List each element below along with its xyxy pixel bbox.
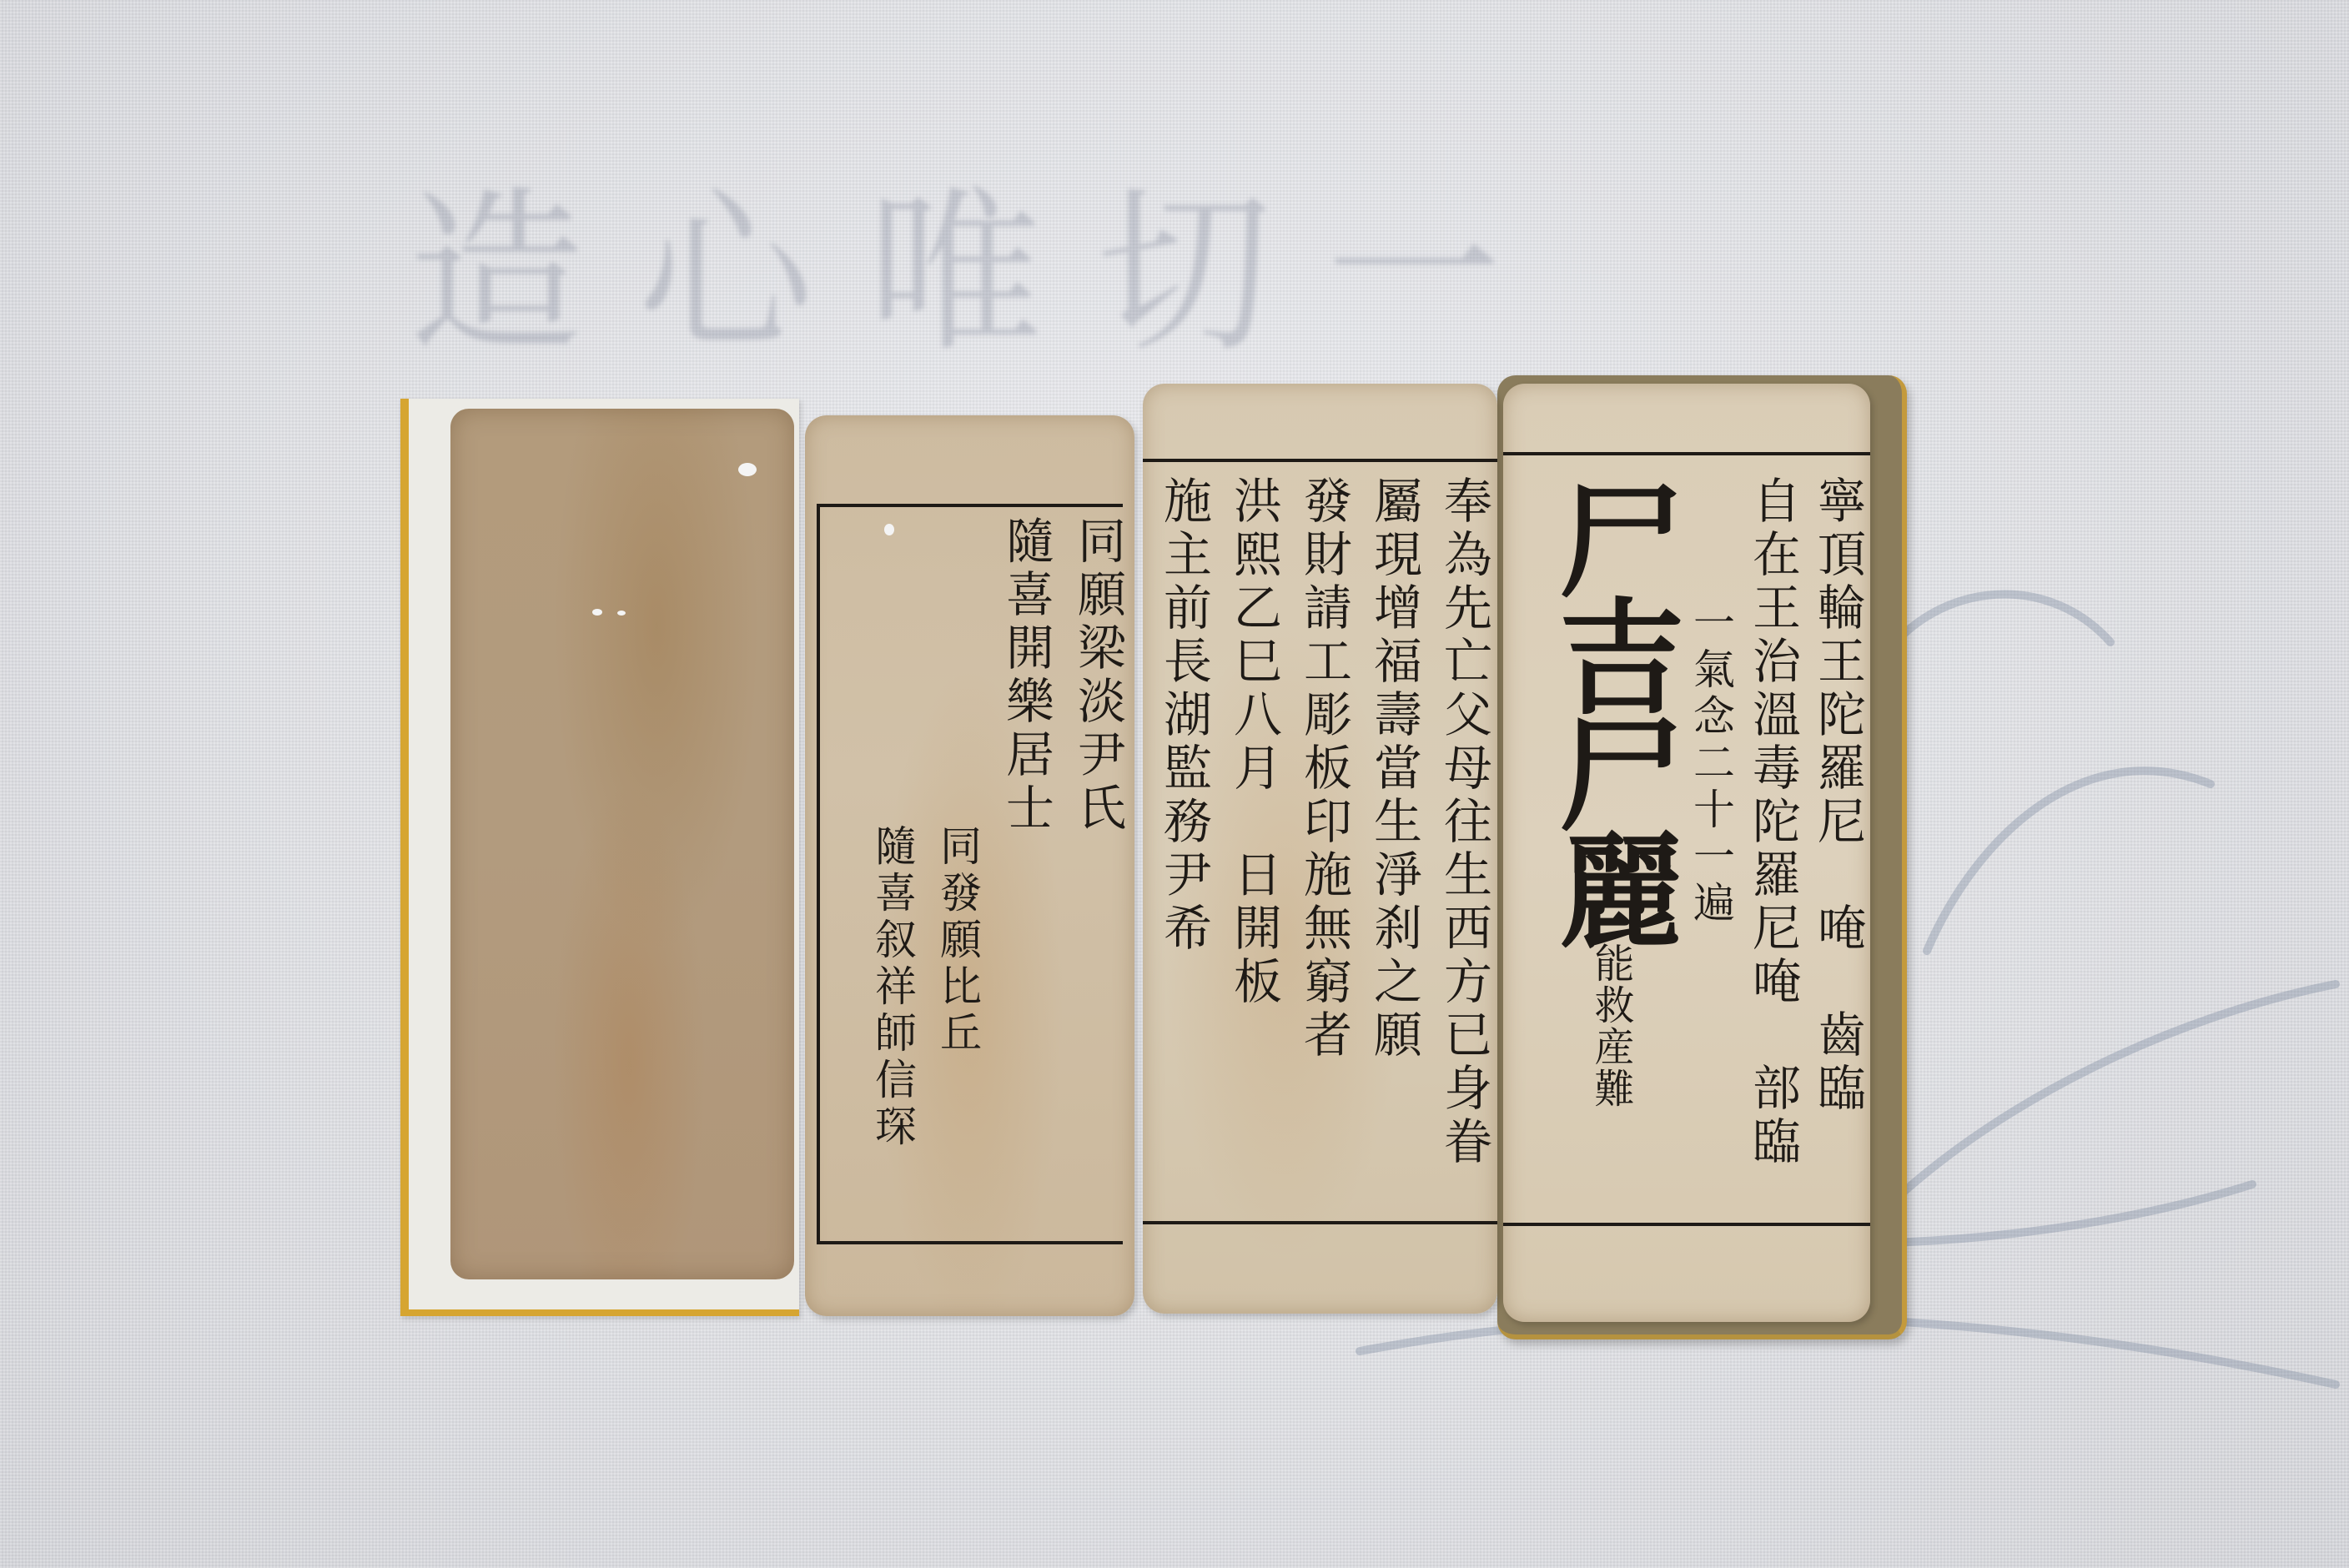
text-columns: 寧頂輪王陀羅尼 唵 齒臨 自在王治溫毒陀羅尼唵 部臨 一氣念二十一遍 尸吉尸麗 … [1512, 475, 1862, 1218]
text-column: 隨喜開樂居士 [1002, 515, 1050, 1233]
bg-char: 造 [409, 133, 592, 384]
background-calligraphy: 一 切 唯 心 造 [409, 150, 1510, 367]
dharani-title: 尸吉尸麗 [1548, 475, 1673, 942]
bg-char: 唯 [868, 133, 1051, 384]
bg-char: 切 [1097, 133, 1280, 384]
bg-char: 一 [1326, 133, 1510, 384]
page-panel-3[interactable]: 寧頂輪王陀羅尼 唵 齒臨 自在王治溫毒陀羅尼唵 部臨 一氣念二十一遍 尸吉尸麗 … [1503, 384, 1870, 1322]
text-column: 同願梁淡尹氏 [1074, 515, 1122, 1233]
dharani-booklet: 同願梁淡尹氏 隨喜開樂居士 同發願比丘 隨喜叙祥師信琛 奉為先亡父母往生西方已身… [392, 375, 1902, 1334]
booklet-cover[interactable] [400, 399, 799, 1316]
worm-hole [738, 463, 757, 476]
page-panel-1[interactable]: 同願梁淡尹氏 隨喜開樂居士 同發願比丘 隨喜叙祥師信琛 [805, 415, 1134, 1316]
text-column: 施主前長湖監務尹希 [1159, 475, 1208, 1209]
text-column: 屬現增福壽當生淨刹之願 [1370, 475, 1418, 1209]
text-columns: 奉為先亡父母往生西方已身眷 屬現增福壽當生淨刹之願 發財請工彫板印施無窮者 洪熙… [1154, 475, 1488, 1209]
text-column: 一氣念二十一遍 [1690, 601, 1732, 1218]
text-column: 同發願比丘 [937, 824, 978, 1233]
text-columns: 同願梁淡尹氏 隨喜開樂居士 同發願比丘 隨喜叙祥師信琛 [822, 515, 1122, 1233]
page-panel-2[interactable]: 奉為先亡父母往生西方已身眷 屬現增福壽當生淨刹之願 發財請工彫板印施無窮者 洪熙… [1143, 384, 1497, 1314]
text-column: 寧頂輪王陀羅尼 唵 齒臨 [1813, 475, 1862, 1218]
cover-paper [450, 409, 794, 1279]
text-column: 奉為先亡父母往生西方已身眷 [1440, 475, 1488, 1209]
dharani-subtitle: 能救産難 [1591, 942, 1631, 1109]
text-column: 洪熙乙巳八月 日開板 [1230, 475, 1278, 1209]
worm-hole [592, 609, 602, 616]
text-column: 發財請工彫板印施無窮者 [1300, 475, 1348, 1209]
bg-char: 心 [638, 133, 822, 384]
text-column: 自在王治溫毒陀羅尼唵 部臨 [1748, 475, 1797, 1218]
text-column: 隨喜叙祥師信琛 [872, 824, 913, 1233]
worm-hole [617, 611, 626, 616]
